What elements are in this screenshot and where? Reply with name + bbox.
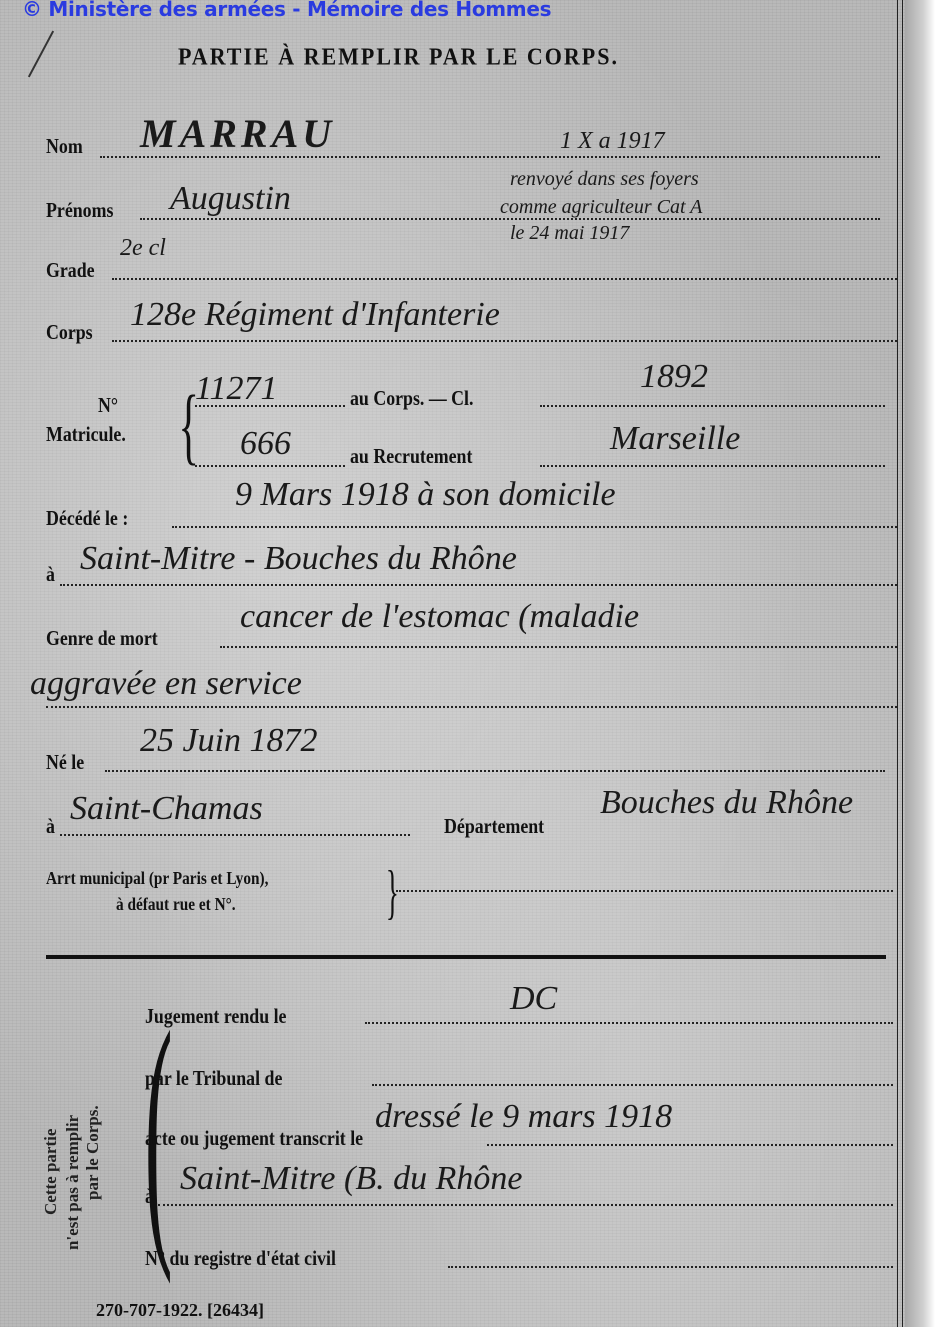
deces-value: 9 Mars 1918 à son domicile — [235, 476, 616, 514]
naissance-value: 25 Juin 1872 — [140, 722, 318, 760]
naissance-lieu-value: Saint-Chamas — [70, 790, 263, 828]
page-edge — [905, 0, 935, 1327]
registre-label: N° du registre d'état civil — [145, 1246, 336, 1271]
au-corps-label: au Corps. — Cl. — [350, 386, 473, 411]
arrondissement-label-2: à défaut rue et N°. — [116, 894, 236, 915]
naissance-label: Né le — [46, 750, 84, 775]
transcrit-lieu-value: Saint-Mitre (B. du Rhône — [180, 1160, 522, 1198]
deces-lieu-line — [60, 584, 897, 586]
deces-line — [172, 526, 897, 528]
corps-value: 128e Régiment d'Infanterie — [130, 296, 500, 334]
tribunal-line — [372, 1084, 893, 1086]
grade-label: Grade — [46, 258, 95, 283]
copyright-watermark: © Ministère des armées - Mémoire des Hom… — [22, 0, 551, 21]
recrutement-label: au Recrutement — [350, 444, 472, 469]
jugement-line — [365, 1022, 893, 1024]
deces-lieu-label: à — [46, 562, 55, 587]
arrondissement-label-1: Arrt municipal (pr Paris et Lyon), — [46, 868, 268, 889]
genre-mort-value: cancer de l'estomac (maladie — [240, 598, 639, 636]
page-title: PARTIE À REMPLIR PAR LE CORPS. — [178, 43, 619, 72]
genre-mort-line — [220, 646, 897, 648]
arrondissement-brace: } — [386, 858, 399, 927]
au-corps-value: 11271 — [195, 370, 277, 408]
prenoms-label: Prénoms — [46, 198, 113, 223]
recrutement-line — [195, 465, 345, 467]
transcrit-lieu-label: à — [145, 1184, 154, 1209]
side-note-3: par le Corps. — [84, 1105, 102, 1200]
departement-label: Département — [444, 814, 544, 839]
grade-value: 2e cl — [120, 235, 166, 262]
side-note-1: Cette partie — [42, 1129, 60, 1215]
matricule-no-label: N° — [98, 393, 118, 418]
corps-line — [112, 340, 897, 342]
transcrit-label: acte ou jugement transcrit le — [145, 1126, 363, 1151]
prenoms-annotation-2: comme agriculteur Cat A — [500, 196, 702, 219]
registre-line — [448, 1266, 893, 1268]
transcrit-lieu-line — [158, 1204, 893, 1206]
side-note-2: n'est pas à remplir — [64, 1115, 82, 1250]
corps-label: Corps — [46, 320, 93, 345]
classe-value: 1892 — [640, 358, 708, 396]
prenoms-value: Augustin — [170, 180, 291, 218]
deces-lieu-value: Saint-Mitre - Bouches du Rhône — [80, 540, 517, 578]
tribunal-label: par le Tribunal de — [145, 1066, 282, 1091]
matricule-label: Matricule. — [46, 422, 126, 447]
naissance-lieu-line — [60, 834, 410, 836]
jugement-value: DC — [510, 980, 557, 1018]
naissance-line — [105, 770, 885, 772]
transcrit-line — [487, 1144, 893, 1146]
nom-annotation: 1 X a 1917 — [560, 128, 665, 155]
border-line — [902, 0, 903, 1327]
section-divider — [46, 955, 886, 959]
transcrit-value: dressé le 9 mars 1918 — [375, 1098, 672, 1136]
genre-mort-value-2: aggravée en service — [30, 665, 302, 703]
recrutement-value: 666 — [240, 425, 291, 463]
nom-label: Nom — [46, 134, 83, 159]
naissance-lieu-label: à — [46, 814, 55, 839]
nom-value: MARRAU — [140, 110, 335, 157]
recrutement-place: Marseille — [610, 420, 740, 458]
recrutement-place-line — [540, 465, 885, 467]
arrondissement-line — [396, 890, 893, 892]
border-line — [897, 0, 898, 1327]
departement-value: Bouches du Rhône — [600, 784, 853, 822]
jugement-label: Jugement rendu le — [145, 1004, 286, 1029]
classe-line — [540, 405, 885, 407]
form-reference-code: 270-707-1922. [26434] — [96, 1300, 264, 1321]
genre-mort-label: Genre de mort — [46, 626, 158, 651]
deces-label: Décédé le : — [46, 506, 128, 531]
grade-line — [112, 278, 897, 280]
prenoms-annotation-3: le 24 mai 1917 — [510, 222, 629, 245]
genre-mort-line-2 — [46, 706, 897, 708]
prenoms-annotation-1: renvoyé dans ses foyers — [510, 168, 699, 191]
